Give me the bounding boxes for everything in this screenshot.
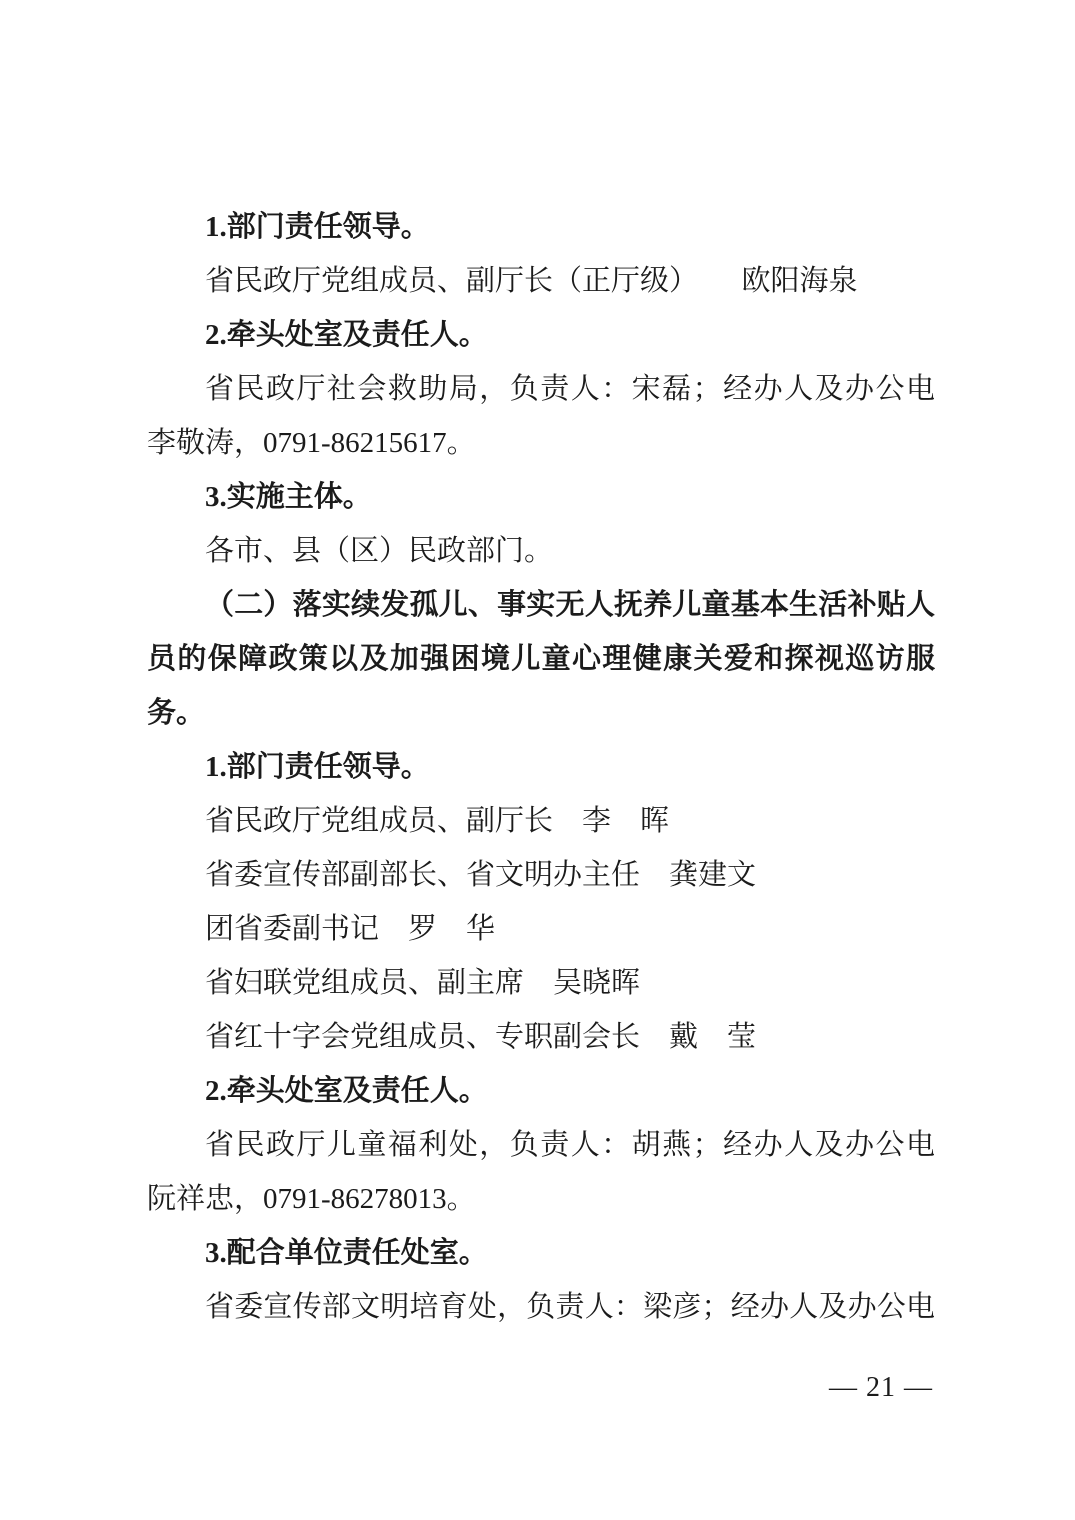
- text-line: 各市、县（区）民政部门。: [147, 524, 935, 578]
- page-number: — 21 —: [829, 1372, 933, 1404]
- document-page: 1.部门责任领导。省民政厅党组成员、副厅长（正厅级） 欧阳海泉2.牵头处室及责任…: [0, 0, 1075, 1520]
- document-body: 1.部门责任领导。省民政厅党组成员、副厅长（正厅级） 欧阳海泉2.牵头处室及责任…: [147, 200, 935, 1334]
- text-line: 省民政厅党组成员、副厅长（正厅级） 欧阳海泉: [147, 254, 935, 308]
- heading-line: 务。: [147, 686, 935, 740]
- text-line: 省红十字会党组成员、专职副会长 戴 莹: [147, 1010, 935, 1064]
- heading-line: 员的保障政策以及加强困境儿童心理健康关爱和探视巡访服: [147, 632, 935, 686]
- text-line: 团省委副书记 罗 华: [147, 902, 935, 956]
- page-number-text: — 21 —: [829, 1372, 933, 1403]
- text-line: 省委宣传部副部长、省文明办主任 龚建文: [147, 848, 935, 902]
- text-line: 省妇联党组成员、副主席 吴晓晖: [147, 956, 935, 1010]
- text-line: 省民政厅社会救助局，负责人：宋磊；经办人及办公电话：: [147, 362, 935, 416]
- text-line: 省委宣传部文明培育处，负责人：梁彦；经办人及办公电: [147, 1280, 935, 1334]
- heading-line: 3.配合单位责任处室。: [147, 1226, 935, 1280]
- text-line: 省民政厅党组成员、副厅长 李 晖: [147, 794, 935, 848]
- text-line: 省民政厅儿童福利处，负责人：胡燕；经办人及办公电话：: [147, 1118, 935, 1172]
- heading-line: （二）落实续发孤儿、事实无人抚养儿童基本生活补贴人: [147, 578, 935, 632]
- text-line: 阮祥忠，0791-86278013。: [147, 1172, 935, 1226]
- heading-line: 2.牵头处室及责任人。: [147, 308, 935, 362]
- text-line: 李敬涛，0791-86215617。: [147, 416, 935, 470]
- heading-line: 1.部门责任领导。: [147, 200, 935, 254]
- heading-line: 2.牵头处室及责任人。: [147, 1064, 935, 1118]
- heading-line: 3.实施主体。: [147, 470, 935, 524]
- heading-line: 1.部门责任领导。: [147, 740, 935, 794]
